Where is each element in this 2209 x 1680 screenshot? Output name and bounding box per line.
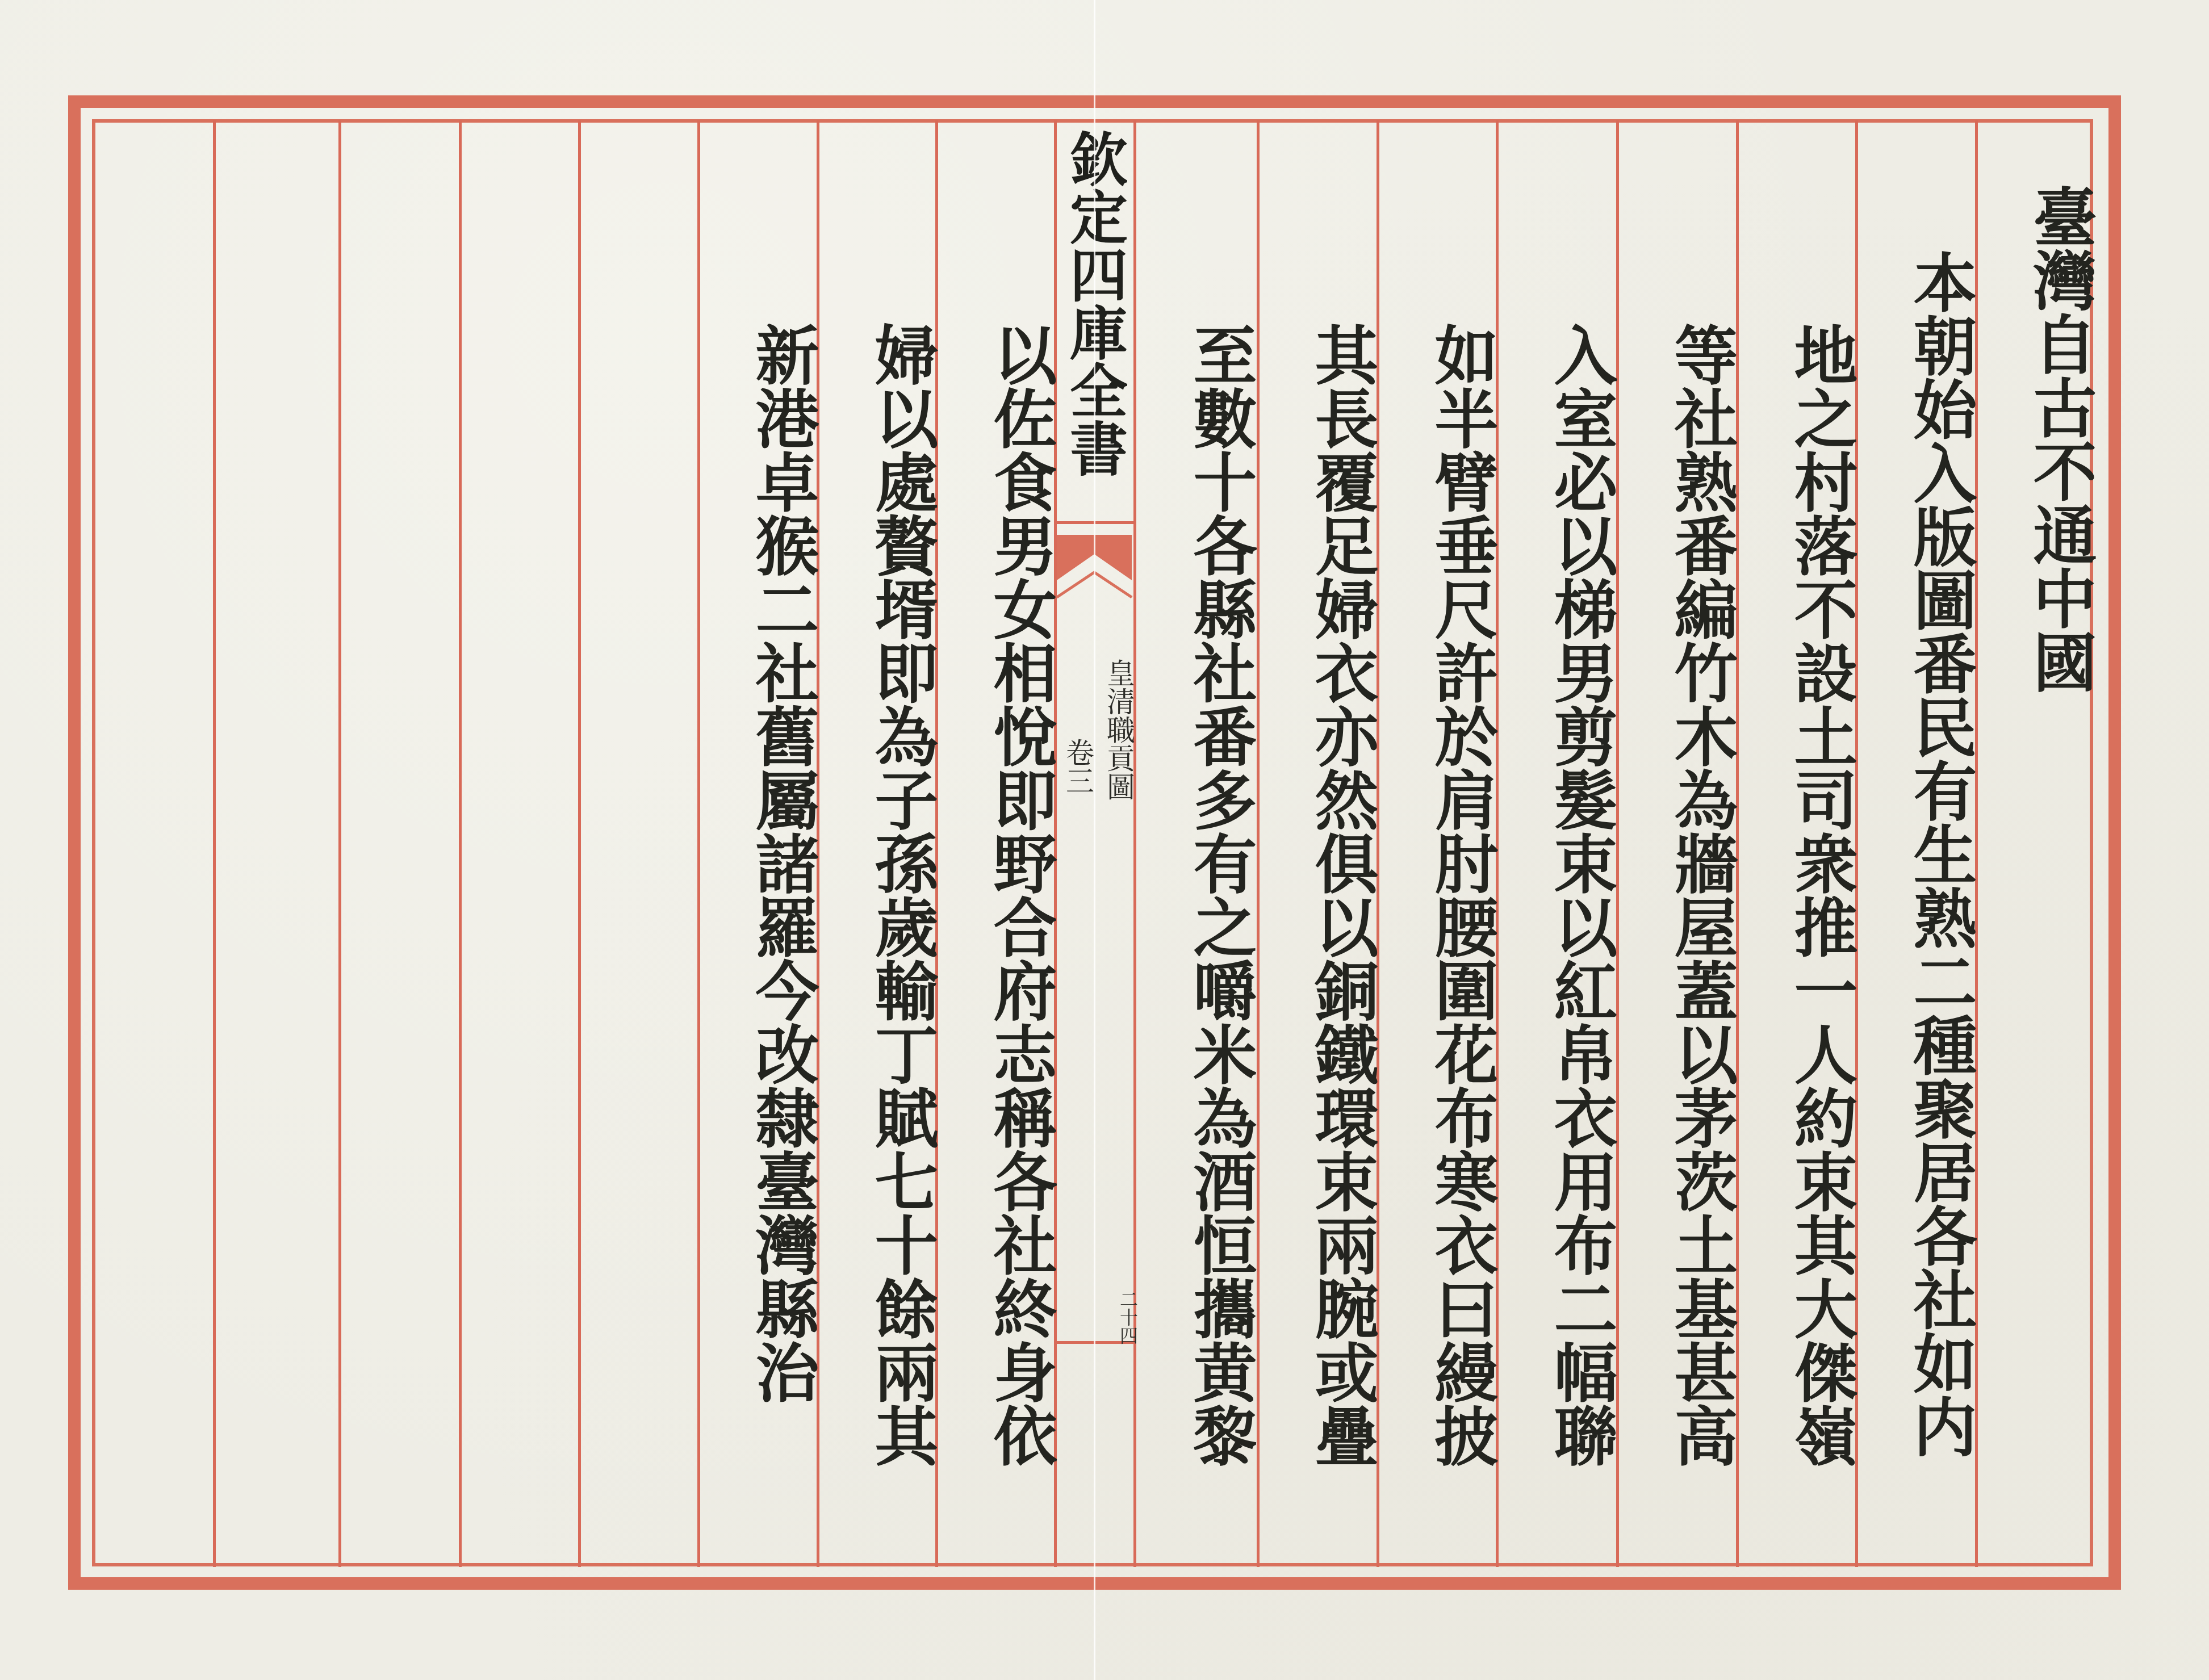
column-text: 至數十各縣社番多有之嚼米為酒恒攜黄黎 [1137, 322, 1251, 1467]
column-text: 如半臂垂尺許於肩肘腰圍花布寒衣曰縵披 [1379, 322, 1492, 1467]
column-divider [459, 120, 462, 1567]
banxin-volume-text: 卷三 [1062, 738, 1093, 795]
banxin-page-number-text: 二十四 [1119, 1290, 1136, 1344]
column-text: 以佐食男女相悅即野合府志稱各社終身依 [938, 322, 1051, 1467]
banxin-book-title-text: 皇清職貢圖 [1103, 659, 1134, 801]
text-column-10: 婦以處贅壻即為子孫歲輸丁賦七十餘兩其 [819, 322, 932, 1467]
column-divider [338, 120, 341, 1567]
column-text: 臺灣自古不通中國 [1977, 185, 2091, 693]
text-column-7: 其長覆足婦衣亦然俱以銅鐵環束兩腕或疊 [1259, 322, 1373, 1467]
column-text: 本朝始入版圖番民有生熟二種聚居各社如内 [1857, 250, 1971, 1458]
column-text: 新港卓猴二社舊屬諸羅今改隸臺灣縣治 [700, 322, 813, 1404]
column-text: 入室必以梯男剪髮束以紅帛衣用布二幅聯 [1498, 322, 1612, 1467]
column-divider [213, 120, 216, 1567]
column-text: 地之村落不設土司衆推一人約束其大傑嶺 [1738, 322, 1852, 1467]
text-column-9: 以佐食男女相悅即野合府志稱各社終身依 [938, 322, 1051, 1467]
text-column-5: 入室必以梯男剪髮束以紅帛衣用布二幅聯 [1498, 322, 1612, 1467]
banxin-book-title: 皇清職貢圖 [1096, 659, 1141, 801]
column-text: 等社熟番編竹木為牆屋蓋以茅茨土基甚高 [1618, 322, 1732, 1467]
text-column-1: 臺灣自古不通中國 [1977, 185, 2091, 693]
text-column-3: 地之村落不設土司衆推一人約束其大傑嶺 [1738, 322, 1852, 1467]
banxin-right-border [1133, 120, 1136, 1567]
column-text: 其長覆足婦衣亦然俱以銅鐵環束兩腕或疊 [1259, 322, 1373, 1467]
column-text: 婦以處贅壻即為子孫歲輸丁賦七十餘兩其 [819, 322, 932, 1467]
text-column-8: 至數十各縣社番多有之嚼米為酒恒攜黄黎 [1137, 322, 1251, 1467]
text-column-11: 新港卓猴二社舊屬諸羅今改隸臺灣縣治 [700, 322, 813, 1404]
column-divider [578, 120, 581, 1567]
center-fold-line [1094, 0, 1095, 1680]
text-column-2: 本朝始入版圖番民有生熟二種聚居各社如内 [1857, 250, 1971, 1458]
text-column-6: 如半臂垂尺許於肩肘腰圍花布寒衣曰縵披 [1379, 322, 1492, 1467]
text-column-4: 等社熟番編竹木為牆屋蓋以茅茨土基甚高 [1618, 322, 1732, 1467]
